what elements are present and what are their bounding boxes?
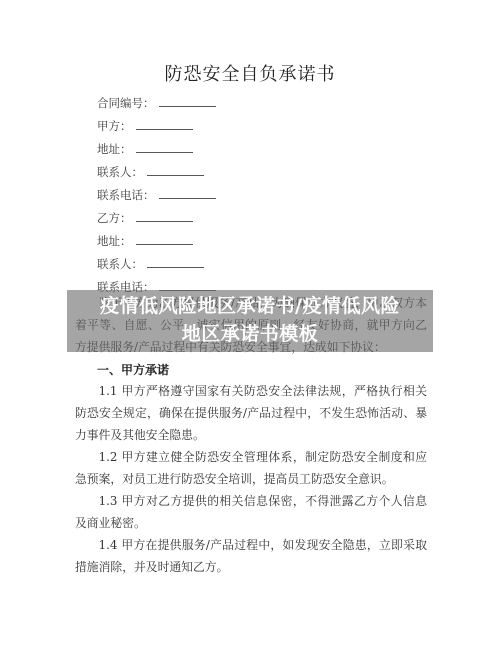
field-label: 联系人： (97, 165, 143, 179)
field-party-b: 乙方： (97, 209, 193, 225)
clause-1-4: 1.4 甲方在提供服务/产品过程中，如发现安全隐患，立即采取措施消除，并及时通知… (75, 534, 427, 578)
blank-line[interactable] (136, 140, 193, 153)
blank-line[interactable] (159, 94, 216, 107)
field-label: 地址： (97, 142, 132, 156)
field-party-b-address: 地址： (97, 232, 193, 248)
field-party-a-address: 地址： (97, 140, 193, 156)
field-label: 合同编号： (97, 96, 155, 110)
overlay-banner-line-1: 疫情低风险地区承诺书/疫情低风险 (67, 292, 433, 320)
field-contract-number: 合同编号： (97, 94, 216, 110)
clause-1-3: 1.3 甲方对乙方提供的相关信息保密，不得泄露乙方个人信息及商业秘密。 (75, 490, 427, 534)
blank-line[interactable] (147, 163, 204, 176)
overlay-banner-line-2: 地区承诺书模板 (67, 320, 433, 348)
blank-line[interactable] (136, 117, 193, 130)
blank-line[interactable] (136, 232, 193, 245)
field-party-a-phone: 联系电话： (97, 186, 216, 202)
blank-line[interactable] (136, 209, 193, 222)
field-party-a-contact: 联系人： (97, 163, 204, 179)
document-page: 防恐安全自负承诺书 合同编号： 甲方： 地址： 联系人： 联系电话： 乙方： 地… (0, 0, 500, 647)
field-label: 联系人： (97, 257, 143, 271)
section-heading-party-a-commitments: 一、甲方承诺 (97, 362, 169, 378)
clause-1-1: 1.1 甲方严格遵守国家有关防恐安全法律法规，严格执行相关防恐安全规定，确保在提… (75, 380, 427, 446)
overlay-banner-title: 疫情低风险地区承诺书/疫情低风险 地区承诺书模板 (67, 292, 433, 348)
field-label: 甲方： (97, 119, 132, 133)
field-label: 乙方： (97, 211, 132, 225)
clause-1-2: 1.2 甲方建立健全防恐安全管理体系，制定防恐安全制度和应急预案，对员工进行防恐… (75, 446, 427, 490)
field-party-b-contact: 联系人： (97, 255, 204, 271)
blank-line[interactable] (159, 186, 216, 199)
document-title: 防恐安全自负承诺书 (0, 60, 500, 86)
blank-line[interactable] (147, 255, 204, 268)
field-label: 地址： (97, 234, 132, 248)
field-label: 联系电话： (97, 188, 155, 202)
field-party-a: 甲方： (97, 117, 193, 133)
